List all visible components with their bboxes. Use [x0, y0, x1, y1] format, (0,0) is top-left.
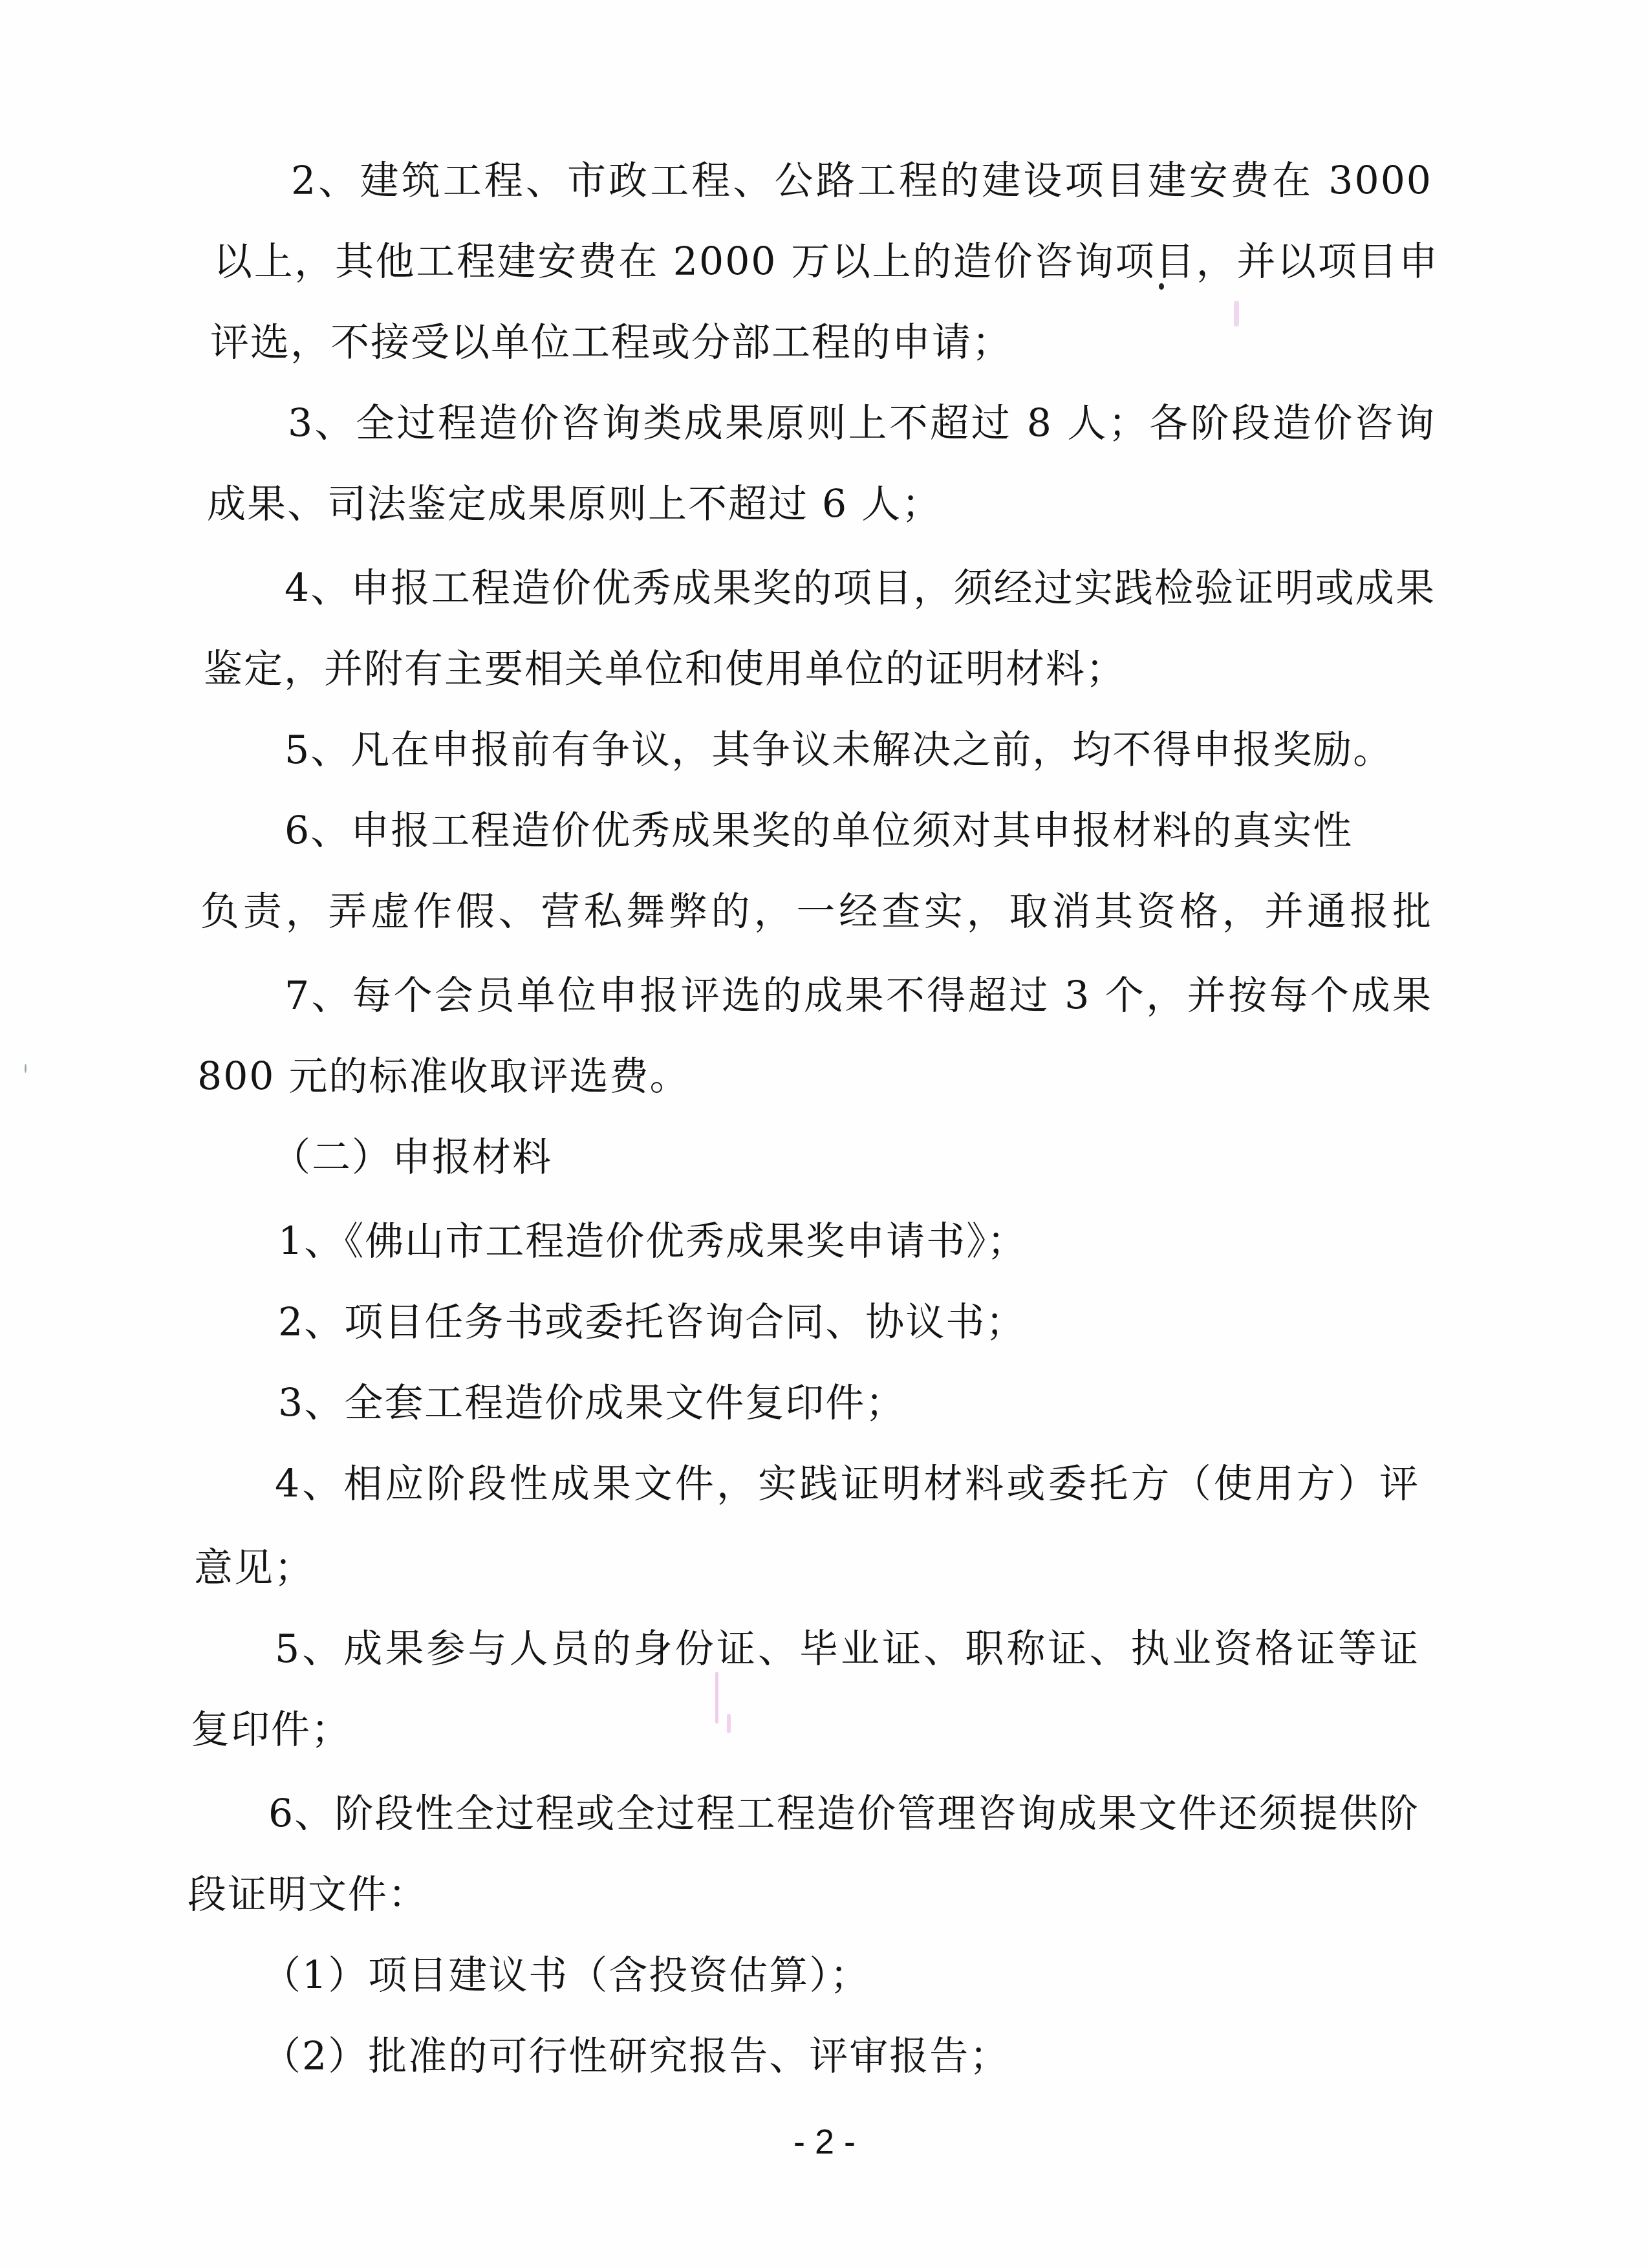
text-line-item2-l3: 评选，不接受以单位工程或分部工程的申请； — [210, 320, 1012, 365]
text-line-mat5-l2: 复印件； — [191, 1707, 351, 1753]
document-page: 2、建筑工程、市政工程、公路工程的建设项目建安费在 3000 万以上，其他工程建… — [0, 0, 1649, 2268]
text-line-mat4-l2: 意见； — [194, 1546, 314, 1591]
scan-speck — [715, 1672, 718, 1723]
scan-speck — [1234, 301, 1239, 327]
text-line-mat6-l2: 段证明文件： — [188, 1872, 428, 1917]
text-line-mat2-l1: 2、项目任务书或委托咨询合同、协议书； — [278, 1300, 1026, 1345]
page-number: - 2 - — [0, 2122, 1649, 2161]
text-line-item4-l1: 4、申报工程造价优秀成果奖的项目，须经过实践检验证明或成果 — [285, 566, 1436, 611]
text-line-item2-l1: 2、建筑工程、市政工程、公路工程的建设项目建安费在 3000 万 — [291, 158, 1432, 204]
text-line-item6-l1: 6、申报工程造价优秀成果奖的单位须对其申报材料的真实性 — [285, 808, 1353, 854]
text-line-mat5-l1: 5、成果参与人员的身份证、毕业证、职称证、执业资格证等证件 — [275, 1626, 1419, 1672]
text-line-mat1-l1: 1、《佛山市工程造价优秀成果奖申请书》； — [278, 1219, 1027, 1264]
text-line-mat6-sub2: （2）批准的可行性研究报告、评审报告； — [262, 2034, 1009, 2079]
text-line-mat3-l1: 3、全套工程造价成果文件复印件； — [278, 1381, 905, 1426]
text-line-item7-l2: 800 元的标准收取评选费。 — [197, 1054, 690, 1099]
scan-speck — [25, 1064, 27, 1073]
text-line-item3-l1: 3、全过程造价咨询类成果原则上不超过 8 人；各阶段造价咨询类 — [288, 401, 1436, 446]
text-line-section2-heading: （二）申报材料 — [272, 1135, 552, 1180]
text-line-item3-l2: 成果、司法鉴定成果原则上不超过 6 人； — [207, 482, 942, 527]
text-line-mat6-l1: 6、阶段性全过程或全过程工程造价管理咨询成果文件还须提供阶 — [268, 1791, 1419, 1837]
text-line-mat6-sub1: （1）项目建议书（含投资估算）； — [262, 1953, 870, 1998]
text-line-item7-l1: 7、每个会员单位申报评选的成果不得超过 3 个，并按每个成果 — [285, 973, 1432, 1019]
text-line-item6-l2: 负责，弄虚作假、营私舞弊的，一经查实，取消其资格，并通报批评； — [200, 889, 1432, 934]
text-line-item2-l2: 以上，其他工程建安费在 2000 万以上的造价咨询项目，并以项目申请 — [213, 239, 1439, 285]
text-line-item4-l2: 鉴定，并附有主要相关单位和使用单位的证明材料； — [204, 647, 1126, 692]
scan-speck — [727, 1714, 731, 1733]
text-line-item5-l1: 5、凡在申报前有争议，其争议未解决之前，均不得申报奖励。 — [285, 728, 1393, 773]
text-line-mat4-l1: 4、相应阶段性成果文件，实践证明材料或委托方（使用方）评价 — [275, 1462, 1419, 1507]
scan-speck — [1159, 283, 1164, 290]
